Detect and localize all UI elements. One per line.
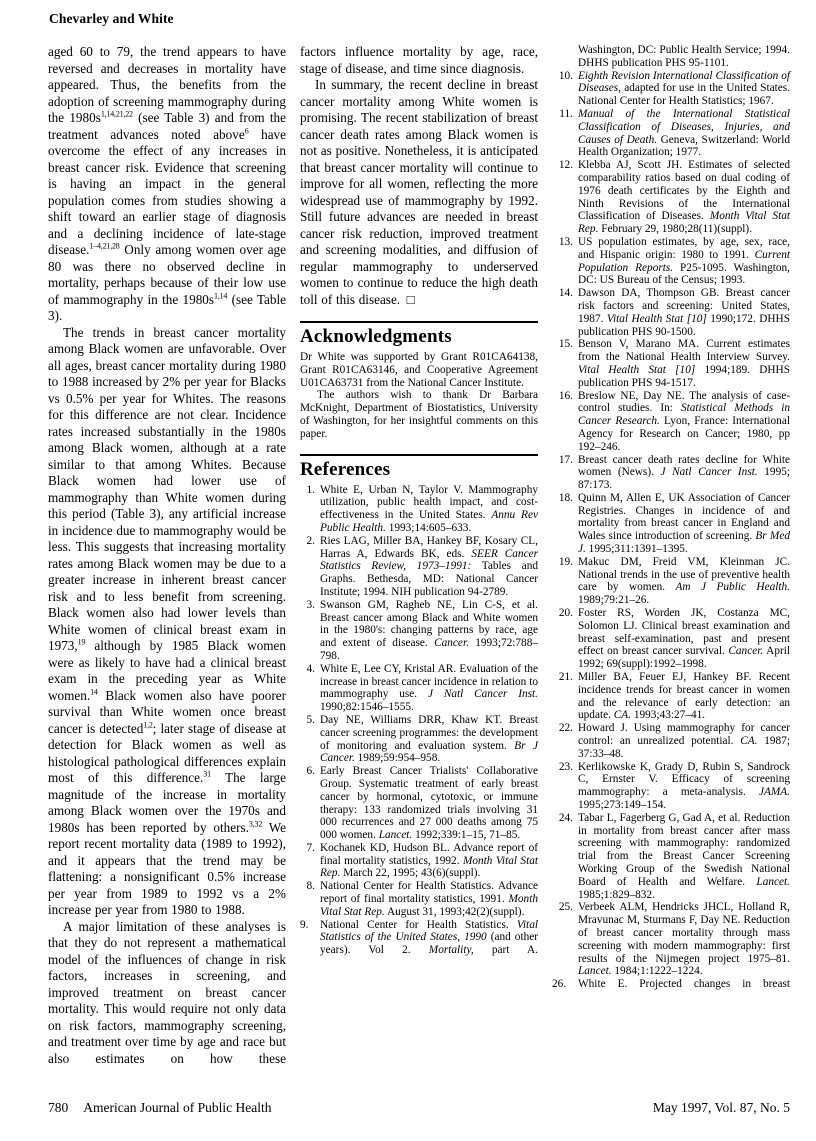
column-3: Washington, DC: Public Health Service; 1…: [552, 44, 790, 1067]
reference-number: 11.: [552, 108, 578, 159]
acknowledgments-body: Dr White was supported by Grant R01CA641…: [300, 351, 538, 441]
reference-text: National Center for Health Statistics. V…: [320, 919, 538, 957]
reference-text: Miller BA, Feuer EJ, Hankey BF. Recent i…: [578, 671, 790, 722]
reference-item: 2.Ries LAG, Miller BA, Hankey BF, Kosary…: [300, 535, 538, 599]
reference-number: 21.: [552, 671, 578, 722]
reference-number: 3.: [300, 599, 320, 663]
reference-number: 2.: [300, 535, 320, 599]
reference-number: 18.: [552, 492, 578, 556]
reference-text: Klebba AJ, Scott JH. Estimates of select…: [578, 159, 790, 236]
reference-text: Day NE, Williams DRR, Khaw KT. Breast ca…: [320, 714, 538, 765]
reference-item: 14.Dawson DA, Thompson GB. Breast cancer…: [552, 287, 790, 338]
paragraph: Dr White was supported by Grant R01CA641…: [300, 351, 538, 389]
reference-text: Foster RS, Worden JK, Costanza MC, Solom…: [578, 607, 790, 671]
reference-text: Manual of the International Statistical …: [578, 108, 790, 159]
reference-number: 7.: [300, 842, 320, 880]
references-list-col2: 1.White E, Urban N, Taylor V. Mammograph…: [300, 484, 538, 957]
reference-number: 6.: [300, 765, 320, 842]
reference-number: 9.: [300, 919, 320, 957]
reference-text: Ries LAG, Miller BA, Hankey BF, Kosary C…: [320, 535, 538, 599]
reference-item: 15.Benson V, Marano MA. Current estimate…: [552, 338, 790, 389]
reference-text: US population estimates, by age, sex, ra…: [578, 236, 790, 287]
reference-text: Benson V, Marano MA. Current estimates f…: [578, 338, 790, 389]
reference-text: Washington, DC: Public Health Service; 1…: [578, 44, 790, 70]
reference-number: 1.: [300, 484, 320, 535]
reference-item: 1.White E, Urban N, Taylor V. Mammograph…: [300, 484, 538, 535]
reference-number: 10.: [552, 70, 578, 108]
reference-text: Tabar L, Fagerberg G, Gad A, et al. Redu…: [578, 812, 790, 902]
footer-left: 780American Journal of Public Health: [48, 1100, 271, 1116]
reference-item: 25.Verbeek ALM, Hendricks JHCL, Holland …: [552, 901, 790, 978]
reference-number: 4.: [300, 663, 320, 714]
references-list-col3: Washington, DC: Public Health Service; 1…: [552, 44, 790, 991]
reference-number: 5.: [300, 714, 320, 765]
reference-text: Breast cancer death rates decline for Wh…: [578, 454, 790, 492]
paragraph: The trends in breast cancer mortality am…: [48, 325, 286, 919]
reference-number: [552, 44, 578, 70]
reference-number: 15.: [552, 338, 578, 389]
reference-item: 19.Makuc DM, Freid VM, Kleinman JC. Nati…: [552, 556, 790, 607]
reference-item: 18.Quinn M, Allen E, UK Association of C…: [552, 492, 790, 556]
reference-text: Howard J. Using mammography for cancer c…: [578, 722, 790, 760]
reference-item: 20.Foster RS, Worden JK, Costanza MC, So…: [552, 607, 790, 671]
reference-item: 4.White E, Lee CY, Kristal AR. Evaluatio…: [300, 663, 538, 714]
reference-number: 23.: [552, 761, 578, 812]
reference-text: National Center for Health Statistics. A…: [320, 880, 538, 918]
reference-number: 17.: [552, 454, 578, 492]
page-footer: 780American Journal of Public Health May…: [48, 1100, 790, 1116]
running-head: Chevarley and White: [49, 11, 174, 27]
reference-number: 13.: [552, 236, 578, 287]
reference-number: 19.: [552, 556, 578, 607]
reference-item: 5.Day NE, Williams DRR, Khaw KT. Breast …: [300, 714, 538, 765]
reference-item: 12.Klebba AJ, Scott JH. Estimates of sel…: [552, 159, 790, 236]
reference-number: 8.: [300, 880, 320, 918]
reference-text: White E, Lee CY, Kristal AR. Evaluation …: [320, 663, 538, 714]
reference-text: Swanson GM, Ragheb NE, Lin C-S, et al. B…: [320, 599, 538, 663]
reference-text: White E. Projected changes in breast: [578, 978, 790, 991]
references-section: References 1.White E, Urban N, Taylor V.…: [300, 454, 538, 957]
reference-text: Kerlikowske K, Grady D, Rubin S, Sandroc…: [578, 761, 790, 812]
reference-number: 24.: [552, 812, 578, 902]
acknowledgments-heading: Acknowledgments: [300, 326, 538, 348]
column-2: factors influence mortality by age, race…: [300, 44, 538, 1067]
reference-number: 26.: [552, 978, 578, 991]
paragraph: The authors wish to thank Dr Barbara McK…: [300, 389, 538, 440]
reference-item: 23.Kerlikowske K, Grady D, Rubin S, Sand…: [552, 761, 790, 812]
reference-item: 10.Eighth Revision International Classif…: [552, 70, 790, 108]
reference-text: Quinn M, Allen E, UK Association of Canc…: [578, 492, 790, 556]
reference-item: 13.US population estimates, by age, sex,…: [552, 236, 790, 287]
reference-text: Early Breast Cancer Trialists' Collabora…: [320, 765, 538, 842]
content-columns: aged 60 to 79, the trend appears to have…: [48, 44, 790, 1067]
references-heading: References: [300, 459, 538, 481]
reference-number: 20.: [552, 607, 578, 671]
reference-item: 11.Manual of the International Statistic…: [552, 108, 790, 159]
paragraph: factors influence mortality by age, race…: [300, 44, 538, 77]
reference-text: Makuc DM, Freid VM, Kleinman JC. Nationa…: [578, 556, 790, 607]
reference-item: 7.Kochanek KD, Hudson BL. Advance report…: [300, 842, 538, 880]
reference-number: 22.: [552, 722, 578, 760]
reference-item: 17.Breast cancer death rates decline for…: [552, 454, 790, 492]
reference-item: 16.Breslow NE, Day NE. The analysis of c…: [552, 390, 790, 454]
column-1: aged 60 to 79, the trend appears to have…: [48, 44, 286, 1067]
reference-number: 12.: [552, 159, 578, 236]
page-number: 780: [48, 1100, 68, 1115]
reference-item: Washington, DC: Public Health Service; 1…: [552, 44, 790, 70]
reference-item: 6.Early Breast Cancer Trialists' Collabo…: [300, 765, 538, 842]
reference-item: 21.Miller BA, Feuer EJ, Hankey BF. Recen…: [552, 671, 790, 722]
reference-number: 16.: [552, 390, 578, 454]
reference-text: Eighth Revision International Classifica…: [578, 70, 790, 108]
reference-item: 9.National Center for Health Statistics.…: [300, 919, 538, 957]
paragraph: A major limitation of these analyses is …: [48, 919, 286, 1068]
reference-text: White E, Urban N, Taylor V. Mammography …: [320, 484, 538, 535]
column-2-paragraphs: factors influence mortality by age, race…: [300, 44, 538, 308]
reference-item: 26.White E. Projected changes in breast: [552, 978, 790, 991]
paragraph: In summary, the recent decline in breast…: [300, 77, 538, 308]
reference-text: Kochanek KD, Hudson BL. Advance report o…: [320, 842, 538, 880]
reference-text: Dawson DA, Thompson GB. Breast cancer ri…: [578, 287, 790, 338]
acknowledgments-section: Acknowledgments Dr White was supported b…: [300, 321, 538, 441]
reference-number: 14.: [552, 287, 578, 338]
issue-info: May 1997, Vol. 87, No. 5: [653, 1100, 790, 1116]
reference-item: 8.National Center for Health Statistics.…: [300, 880, 538, 918]
reference-item: 22.Howard J. Using mammography for cance…: [552, 722, 790, 760]
reference-item: 3.Swanson GM, Ragheb NE, Lin C-S, et al.…: [300, 599, 538, 663]
paragraph: aged 60 to 79, the trend appears to have…: [48, 44, 286, 325]
reference-number: 25.: [552, 901, 578, 978]
reference-text: Verbeek ALM, Hendricks JHCL, Holland R, …: [578, 901, 790, 978]
reference-text: Breslow NE, Day NE. The analysis of case…: [578, 390, 790, 454]
reference-item: 24.Tabar L, Fagerberg G, Gad A, et al. R…: [552, 812, 790, 902]
journal-name: American Journal of Public Health: [83, 1100, 271, 1115]
journal-page: Chevarley and White aged 60 to 79, the t…: [0, 0, 816, 1141]
